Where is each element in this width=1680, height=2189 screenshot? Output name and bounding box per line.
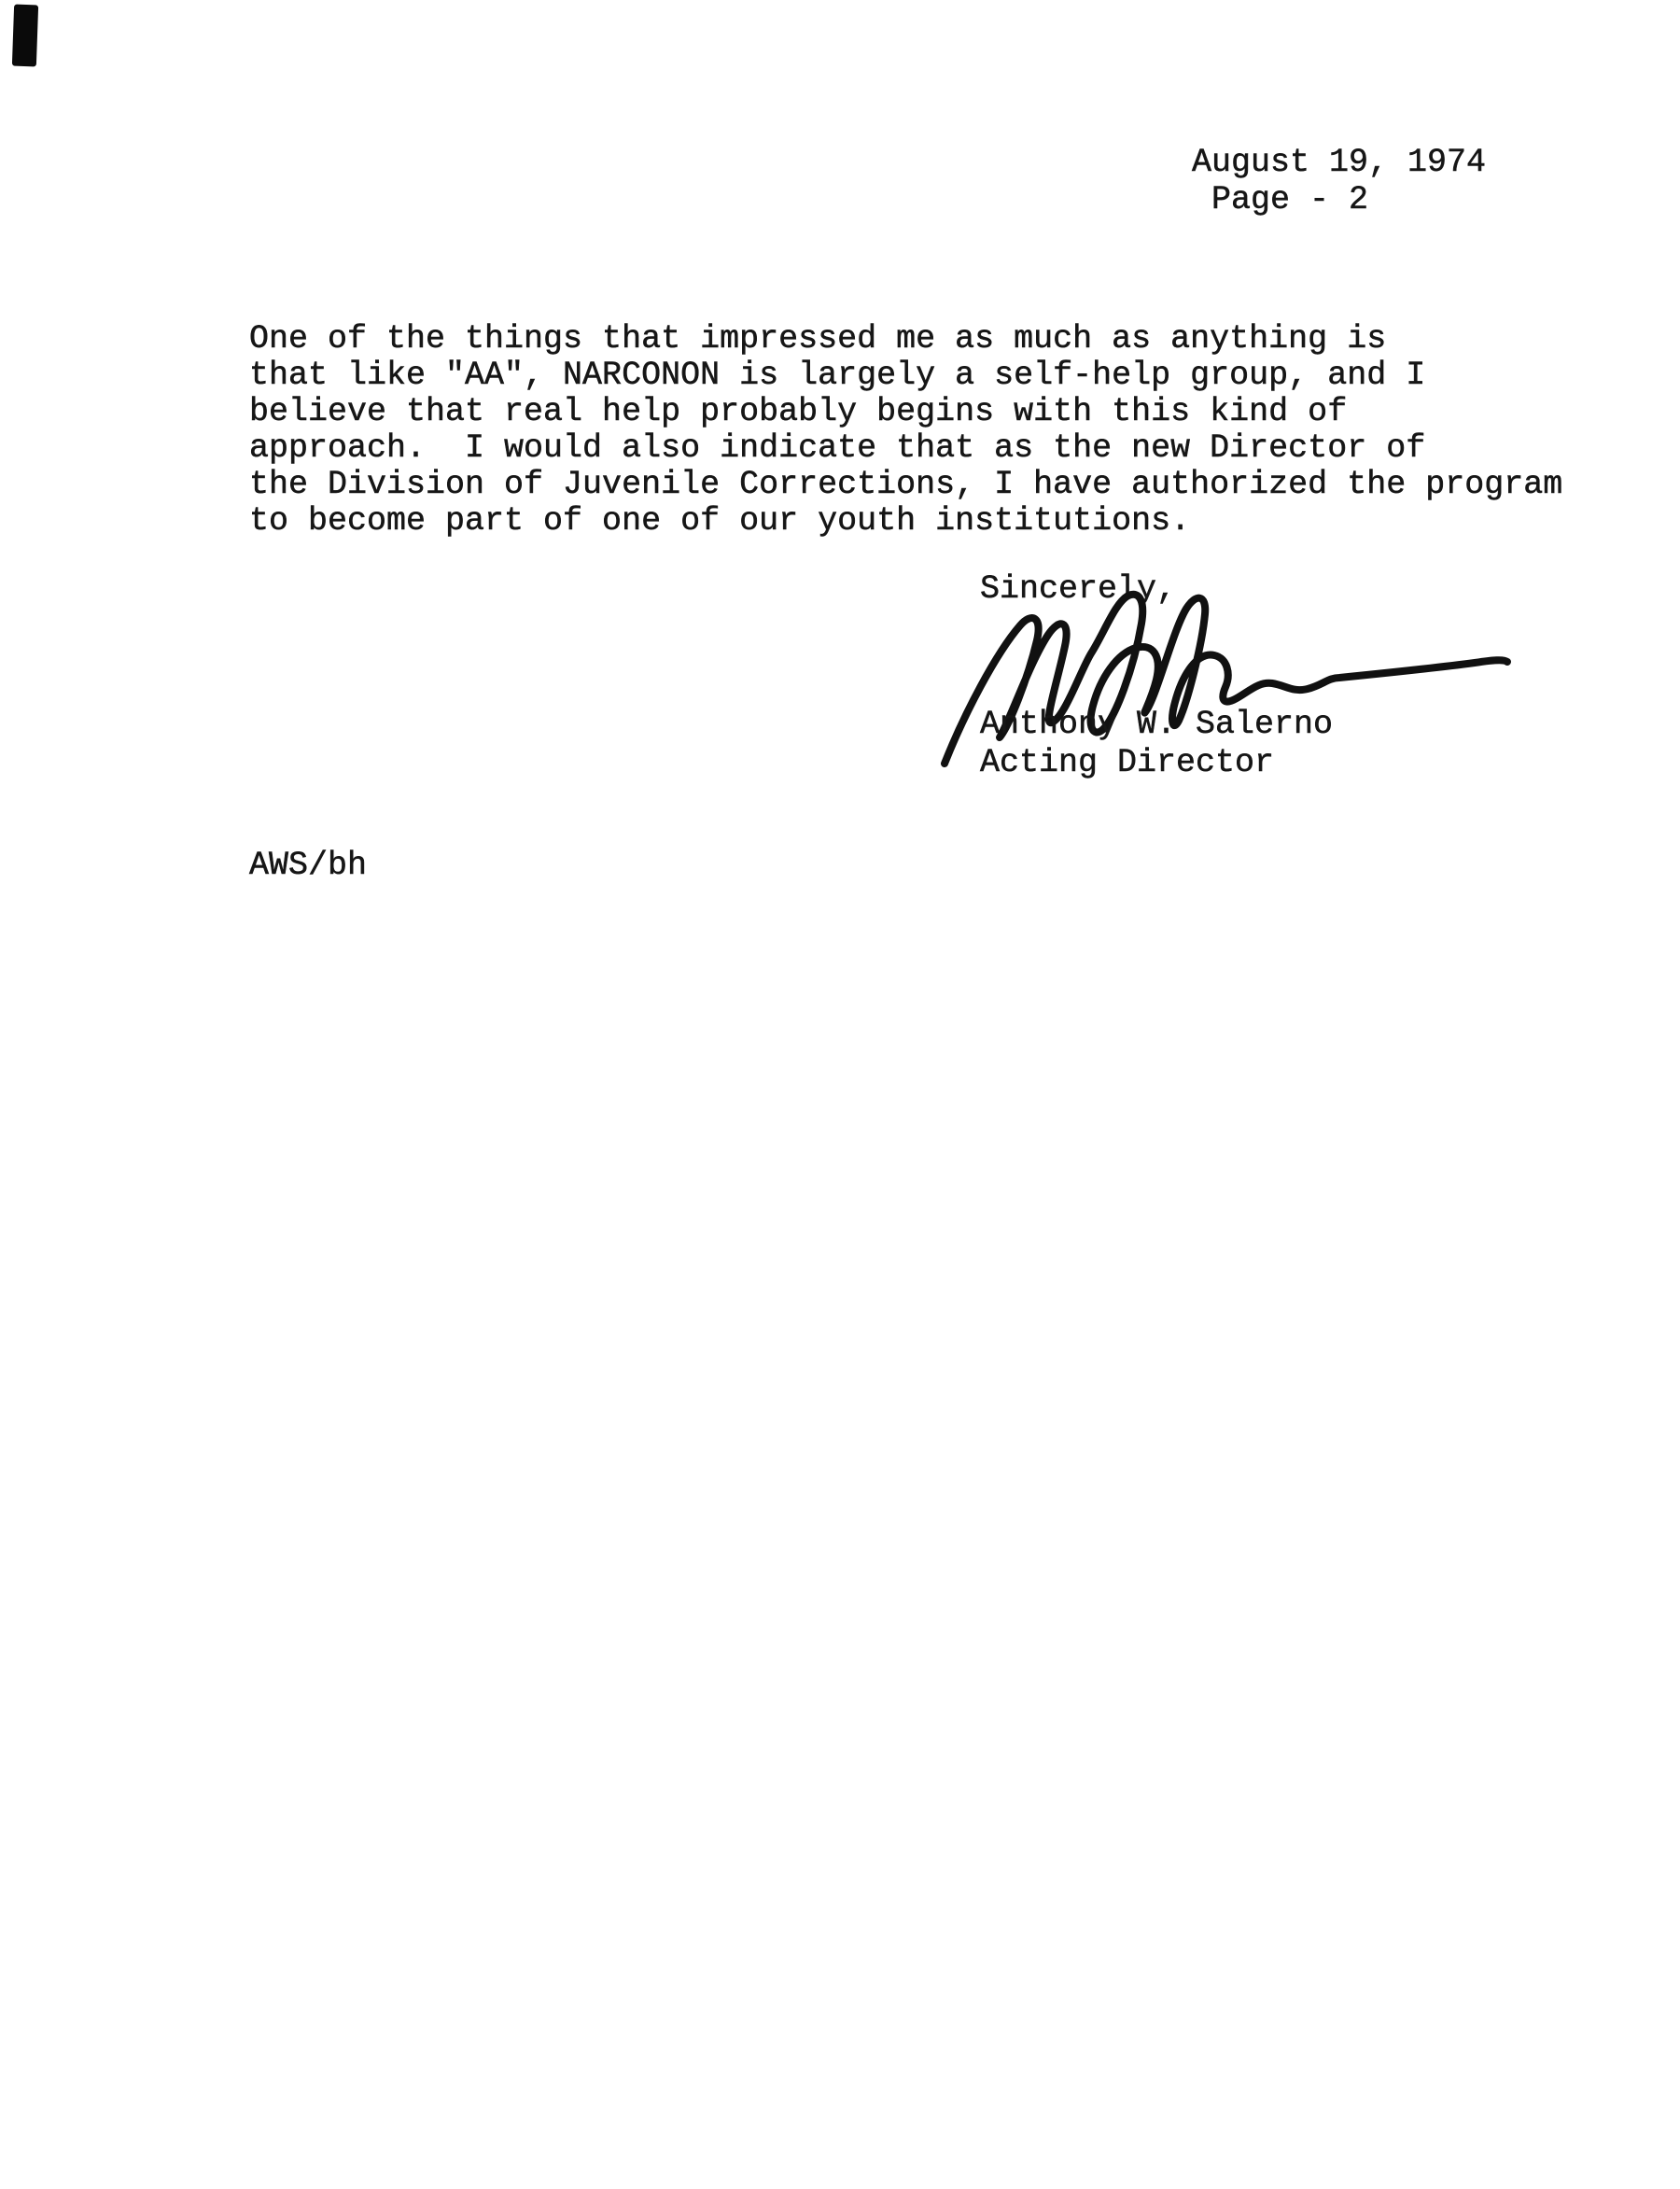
letter-page: August 19, 1974 Page - 2 One of the thin…: [0, 0, 1680, 2189]
paragraph-line: believe that real help probably begins w…: [249, 394, 1347, 430]
paragraph-line: to become part of one of our youth insti…: [249, 503, 1190, 540]
letter-date: August 19, 1974: [1192, 145, 1486, 181]
paragraph-line: One of the things that impressed me as m…: [249, 321, 1386, 358]
signatory-title: Acting Director: [980, 745, 1274, 781]
paragraph-line: the Division of Juvenile Corrections, I …: [249, 467, 1562, 503]
paragraph-line: approach. I would also indicate that as …: [249, 430, 1425, 467]
typist-initials: AWS/bh: [249, 848, 367, 884]
page-number: Page - 2: [1211, 182, 1368, 218]
scan-smudge-mark: [12, 5, 38, 67]
signatory-name: Anthony W. Salerno: [980, 707, 1333, 743]
paragraph-line: that like "AA", NARCONON is largely a se…: [249, 358, 1425, 394]
